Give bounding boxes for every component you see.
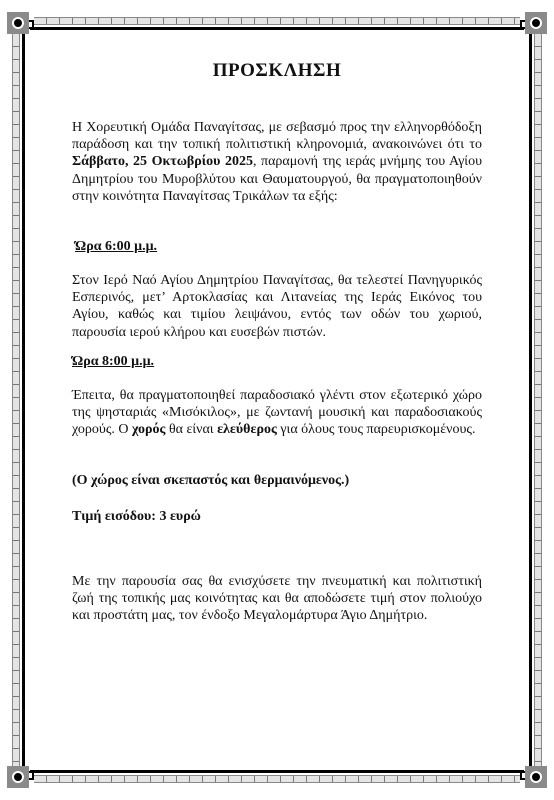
entry-price: Τιμή εισόδου: 3 ευρώ bbox=[72, 509, 201, 525]
event2-bold-free: ελεύθερος bbox=[217, 422, 277, 437]
venue-note: (Ο χώρος είναι σκεπαστός και θερμαινόμεν… bbox=[72, 473, 349, 489]
event2-bold-dance: χορός bbox=[132, 422, 165, 437]
event-date: Σάββατο, 25 Οκτωβρίου 2025 bbox=[72, 154, 253, 169]
event2-description: Έπειτα, θα πραγματοποιηθεί παραδοσιακό γ… bbox=[72, 387, 482, 439]
border-line-bottom bbox=[30, 770, 524, 773]
event1-description: Στον Ιερό Ναό Αγίου Δημητρίου Παναγίτσας… bbox=[72, 272, 482, 341]
border-rail-top bbox=[34, 17, 520, 25]
corner-circle-ornament-icon bbox=[525, 766, 547, 788]
corner-circle-ornament-icon bbox=[7, 766, 29, 788]
border-rail-right bbox=[534, 34, 542, 766]
border-rail-bottom bbox=[34, 775, 520, 783]
border-rail-left bbox=[12, 34, 20, 766]
border-line-right bbox=[529, 30, 532, 770]
corner-circle-ornament-icon bbox=[7, 12, 29, 34]
event2-time-heading: Ώρα 8:00 μ.μ. bbox=[72, 354, 154, 370]
document-title: ΠΡΟΣΚΛΗΣΗ bbox=[72, 60, 482, 82]
border-line-top bbox=[30, 27, 524, 30]
intro-text: Η Χορευτική Ομάδα Παναγίτσας, με σεβασμό… bbox=[72, 120, 482, 152]
event2-text: θα είναι bbox=[165, 422, 217, 437]
event2-text: για όλους τους παρευρισκομένους. bbox=[277, 422, 476, 437]
border-line-left bbox=[22, 30, 25, 770]
intro-paragraph: Η Χορευτική Ομάδα Παναγίτσας, με σεβασμό… bbox=[72, 119, 482, 205]
event1-time-heading: Ώρα 6:00 μ.μ. bbox=[75, 239, 157, 255]
corner-circle-ornament-icon bbox=[525, 12, 547, 34]
closing-paragraph: Με την παρουσία σας θα ενισχύσετε την πν… bbox=[72, 573, 482, 625]
